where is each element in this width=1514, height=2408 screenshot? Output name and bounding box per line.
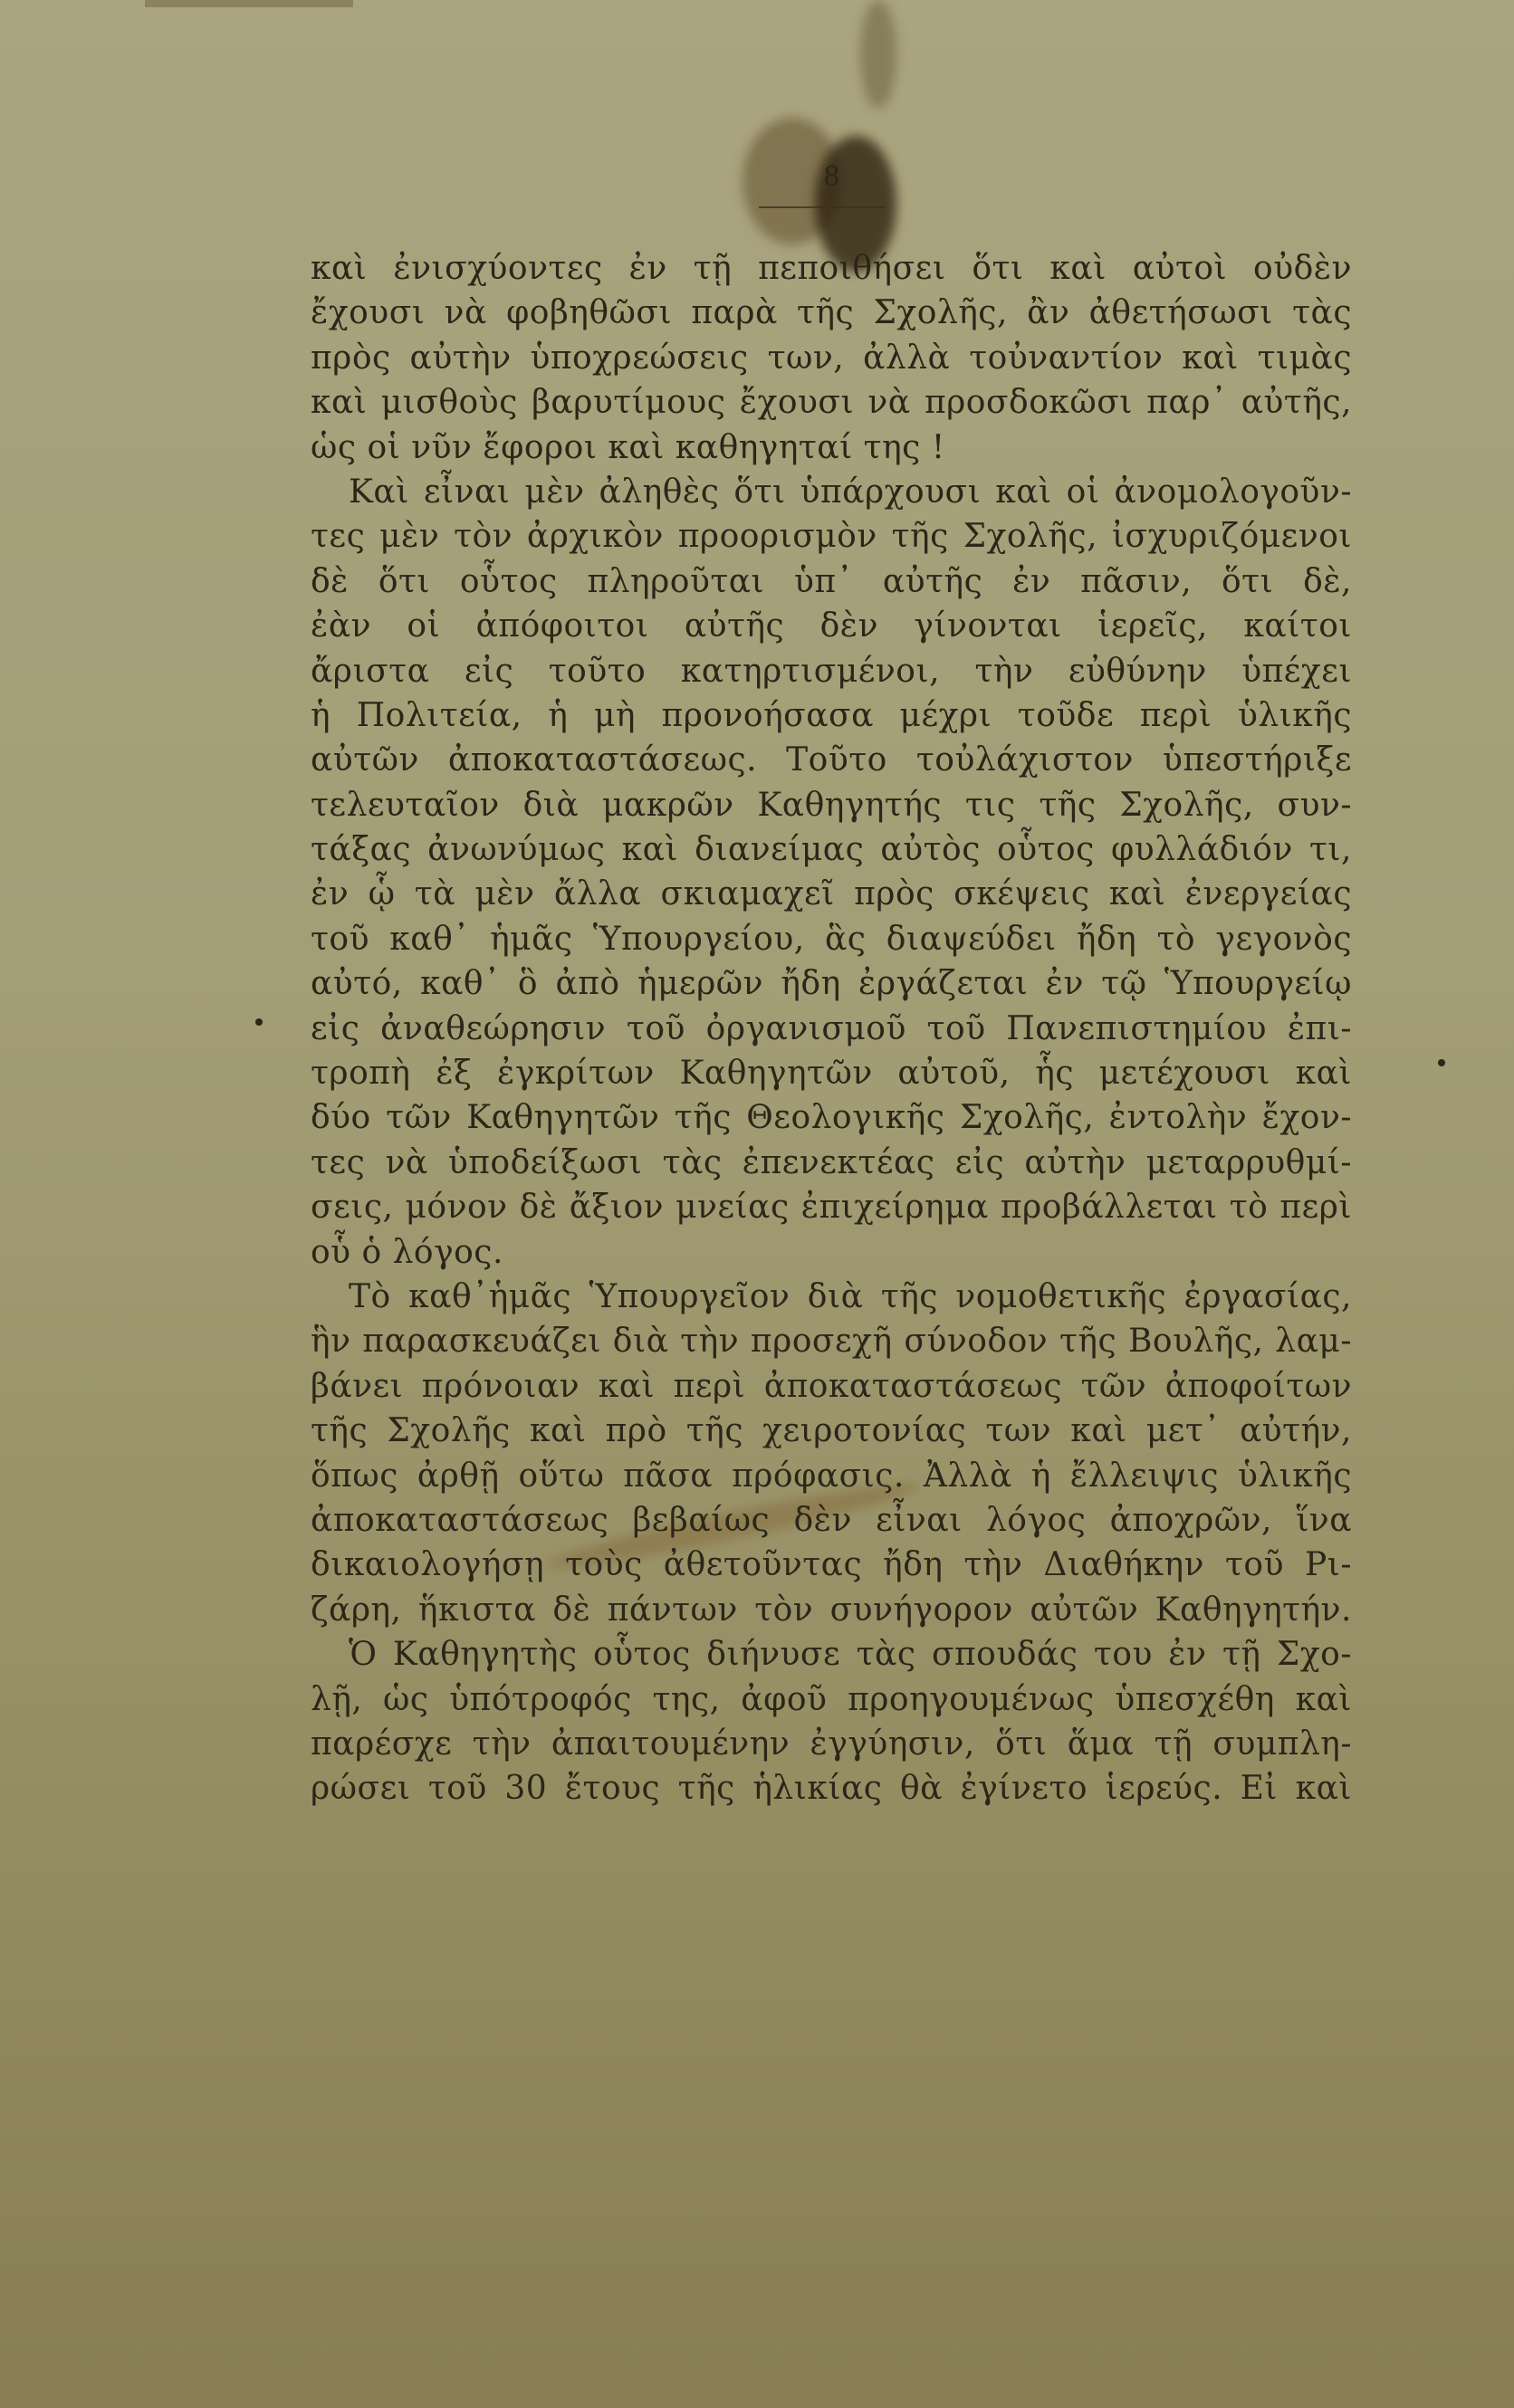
- text-line: ὡς οἱ νῦν ἔφοροι καὶ καθηγηταί της !: [311, 425, 1352, 470]
- text-line: Καὶ εἶναι μὲν ἀληθὲς ὅτι ὑπάρχουσι καὶ ο…: [311, 470, 1352, 514]
- text-line: καὶ ἐνισχύοντες ἐν τῇ πεποιθήσει ὅτι καὶ…: [311, 246, 1352, 291]
- text-line: ἐν ᾧ τὰ μὲν ἄλλα σκιαμαχεῖ πρὸς σκέψεις …: [311, 872, 1352, 916]
- text-line: τελευταῖον διὰ μακρῶν Καθηγητής τις τῆς …: [311, 783, 1352, 827]
- text-line: τες μὲν τὸν ἀρχικὸν προορισμὸν τῆς Σχολῆ…: [311, 514, 1352, 559]
- text-line: λῇ, ὡς ὑπότροφός της, ἀφοῦ προηγουμένως …: [311, 1677, 1352, 1722]
- text-line: δύο τῶν Καθηγητῶν τῆς Θεολογικῆς Σχολῆς,…: [311, 1095, 1352, 1140]
- text-line: οὗ ὁ λόγος.: [311, 1230, 1352, 1275]
- text-line: βάνει πρόνοιαν καὶ περὶ ἀποκαταστάσεως τ…: [311, 1364, 1352, 1409]
- text-line: εἰς ἀναθεώρησιν τοῦ ὀργανισμοῦ τοῦ Πανεπ…: [311, 1007, 1352, 1051]
- text-line: Τὸ καθ᾽ἡμᾶς Ὑπουργεῖον διὰ τῆς νομοθετικ…: [311, 1275, 1352, 1319]
- text-line: δικαιολογήσῃ τοὺς ἀθετοῦντας ἤδη τὴν Δια…: [311, 1543, 1352, 1587]
- text-line: πρὸς αὐτὴν ὑποχρεώσεις των, ἀλλὰ τοὐναντ…: [311, 336, 1352, 380]
- scanned-book-page: 8 καὶ ἐνισχύοντες ἐν τῇ πεποιθήσει ὅτι κ…: [0, 0, 1514, 2408]
- margin-mark: [1438, 1059, 1445, 1066]
- text-line: ἄριστα εἰς τοῦτο κατηρτισμένοι, τὴν εὐθύ…: [311, 649, 1352, 693]
- page-edge-mark: [145, 0, 353, 7]
- text-line: τῆς Σχολῆς καὶ πρὸ τῆς χειροτονίας των κ…: [311, 1409, 1352, 1453]
- text-line: ρώσει τοῦ 30 ἔτους τῆς ἡλικίας θὰ ἐγίνετ…: [311, 1766, 1352, 1811]
- text-line: παρέσχε τὴν ἀπαιτουμένην ἐγγύησιν, ὅτι ἅ…: [311, 1722, 1352, 1766]
- text-line: ζάρη, ἥκιστα δὲ πάντων τὸν συνήγορον αὐτ…: [311, 1588, 1352, 1632]
- text-line: τροπὴ ἐξ ἐγκρίτων Καθηγητῶν αὐτοῦ, ἧς με…: [311, 1051, 1352, 1095]
- page-number: 8: [824, 159, 839, 194]
- ink-stain: [860, 0, 896, 109]
- text-line: αὐτῶν ἀποκαταστάσεως. Τοῦτο τοὐλάχιστον …: [311, 738, 1352, 782]
- text-line: τες νὰ ὑποδείξωσι τὰς ἐπενεκτέας εἰς αὐτ…: [311, 1141, 1352, 1185]
- margin-mark: [255, 1018, 263, 1026]
- text-line: ἔχουσι νὰ φοβηθῶσι παρὰ τῆς Σχολῆς, ἂν ἀ…: [311, 291, 1352, 335]
- text-line: καὶ μισθοὺς βαρυτίμους ἔχουσι νὰ προσδοκ…: [311, 380, 1352, 425]
- text-line: τάξας ἀνωνύμως καὶ διανείμας αὐτὸς οὗτος…: [311, 827, 1352, 872]
- text-line: ἀποκαταστάσεως βεβαίως δὲν εἶναι λόγος ἀ…: [311, 1498, 1352, 1543]
- text-line: ἣν παρασκευάζει διὰ τὴν προσεχῆ σύνοδον …: [311, 1319, 1352, 1363]
- body-text: καὶ ἐνισχύοντες ἐν τῇ πεποιθήσει ὅτι καὶ…: [311, 246, 1352, 1811]
- text-line: Ὁ Καθηγητὴς οὗτος διήνυσε τὰς σπουδάς το…: [311, 1632, 1352, 1677]
- text-line: ὅπως ἀρθῇ οὕτω πᾶσα πρόφασις. Ἀλλὰ ἡ ἔλλ…: [311, 1454, 1352, 1498]
- text-line: ἡ Πολιτεία, ἡ μὴ προνοήσασα μέχρι τοῦδε …: [311, 693, 1352, 738]
- text-line: δὲ ὅτι οὗτος πληροῦται ὑπ᾽ αὐτῆς ἐν πᾶσι…: [311, 559, 1352, 604]
- page-number-rule: [759, 206, 886, 208]
- text-line: τοῦ καθ᾽ ἡμᾶς Ὑπουργείου, ἃς διαψεύδει ἤ…: [311, 917, 1352, 961]
- text-line: σεις, μόνον δὲ ἄξιον μνείας ἐπιχείρημα π…: [311, 1185, 1352, 1229]
- text-line: ἐὰν οἱ ἀπόφοιτοι αὐτῆς δὲν γίνονται ἱερε…: [311, 604, 1352, 648]
- text-line: αὐτό, καθ᾽ ὃ ἀπὸ ἡμερῶν ἤδη ἐργάζεται ἐν…: [311, 961, 1352, 1006]
